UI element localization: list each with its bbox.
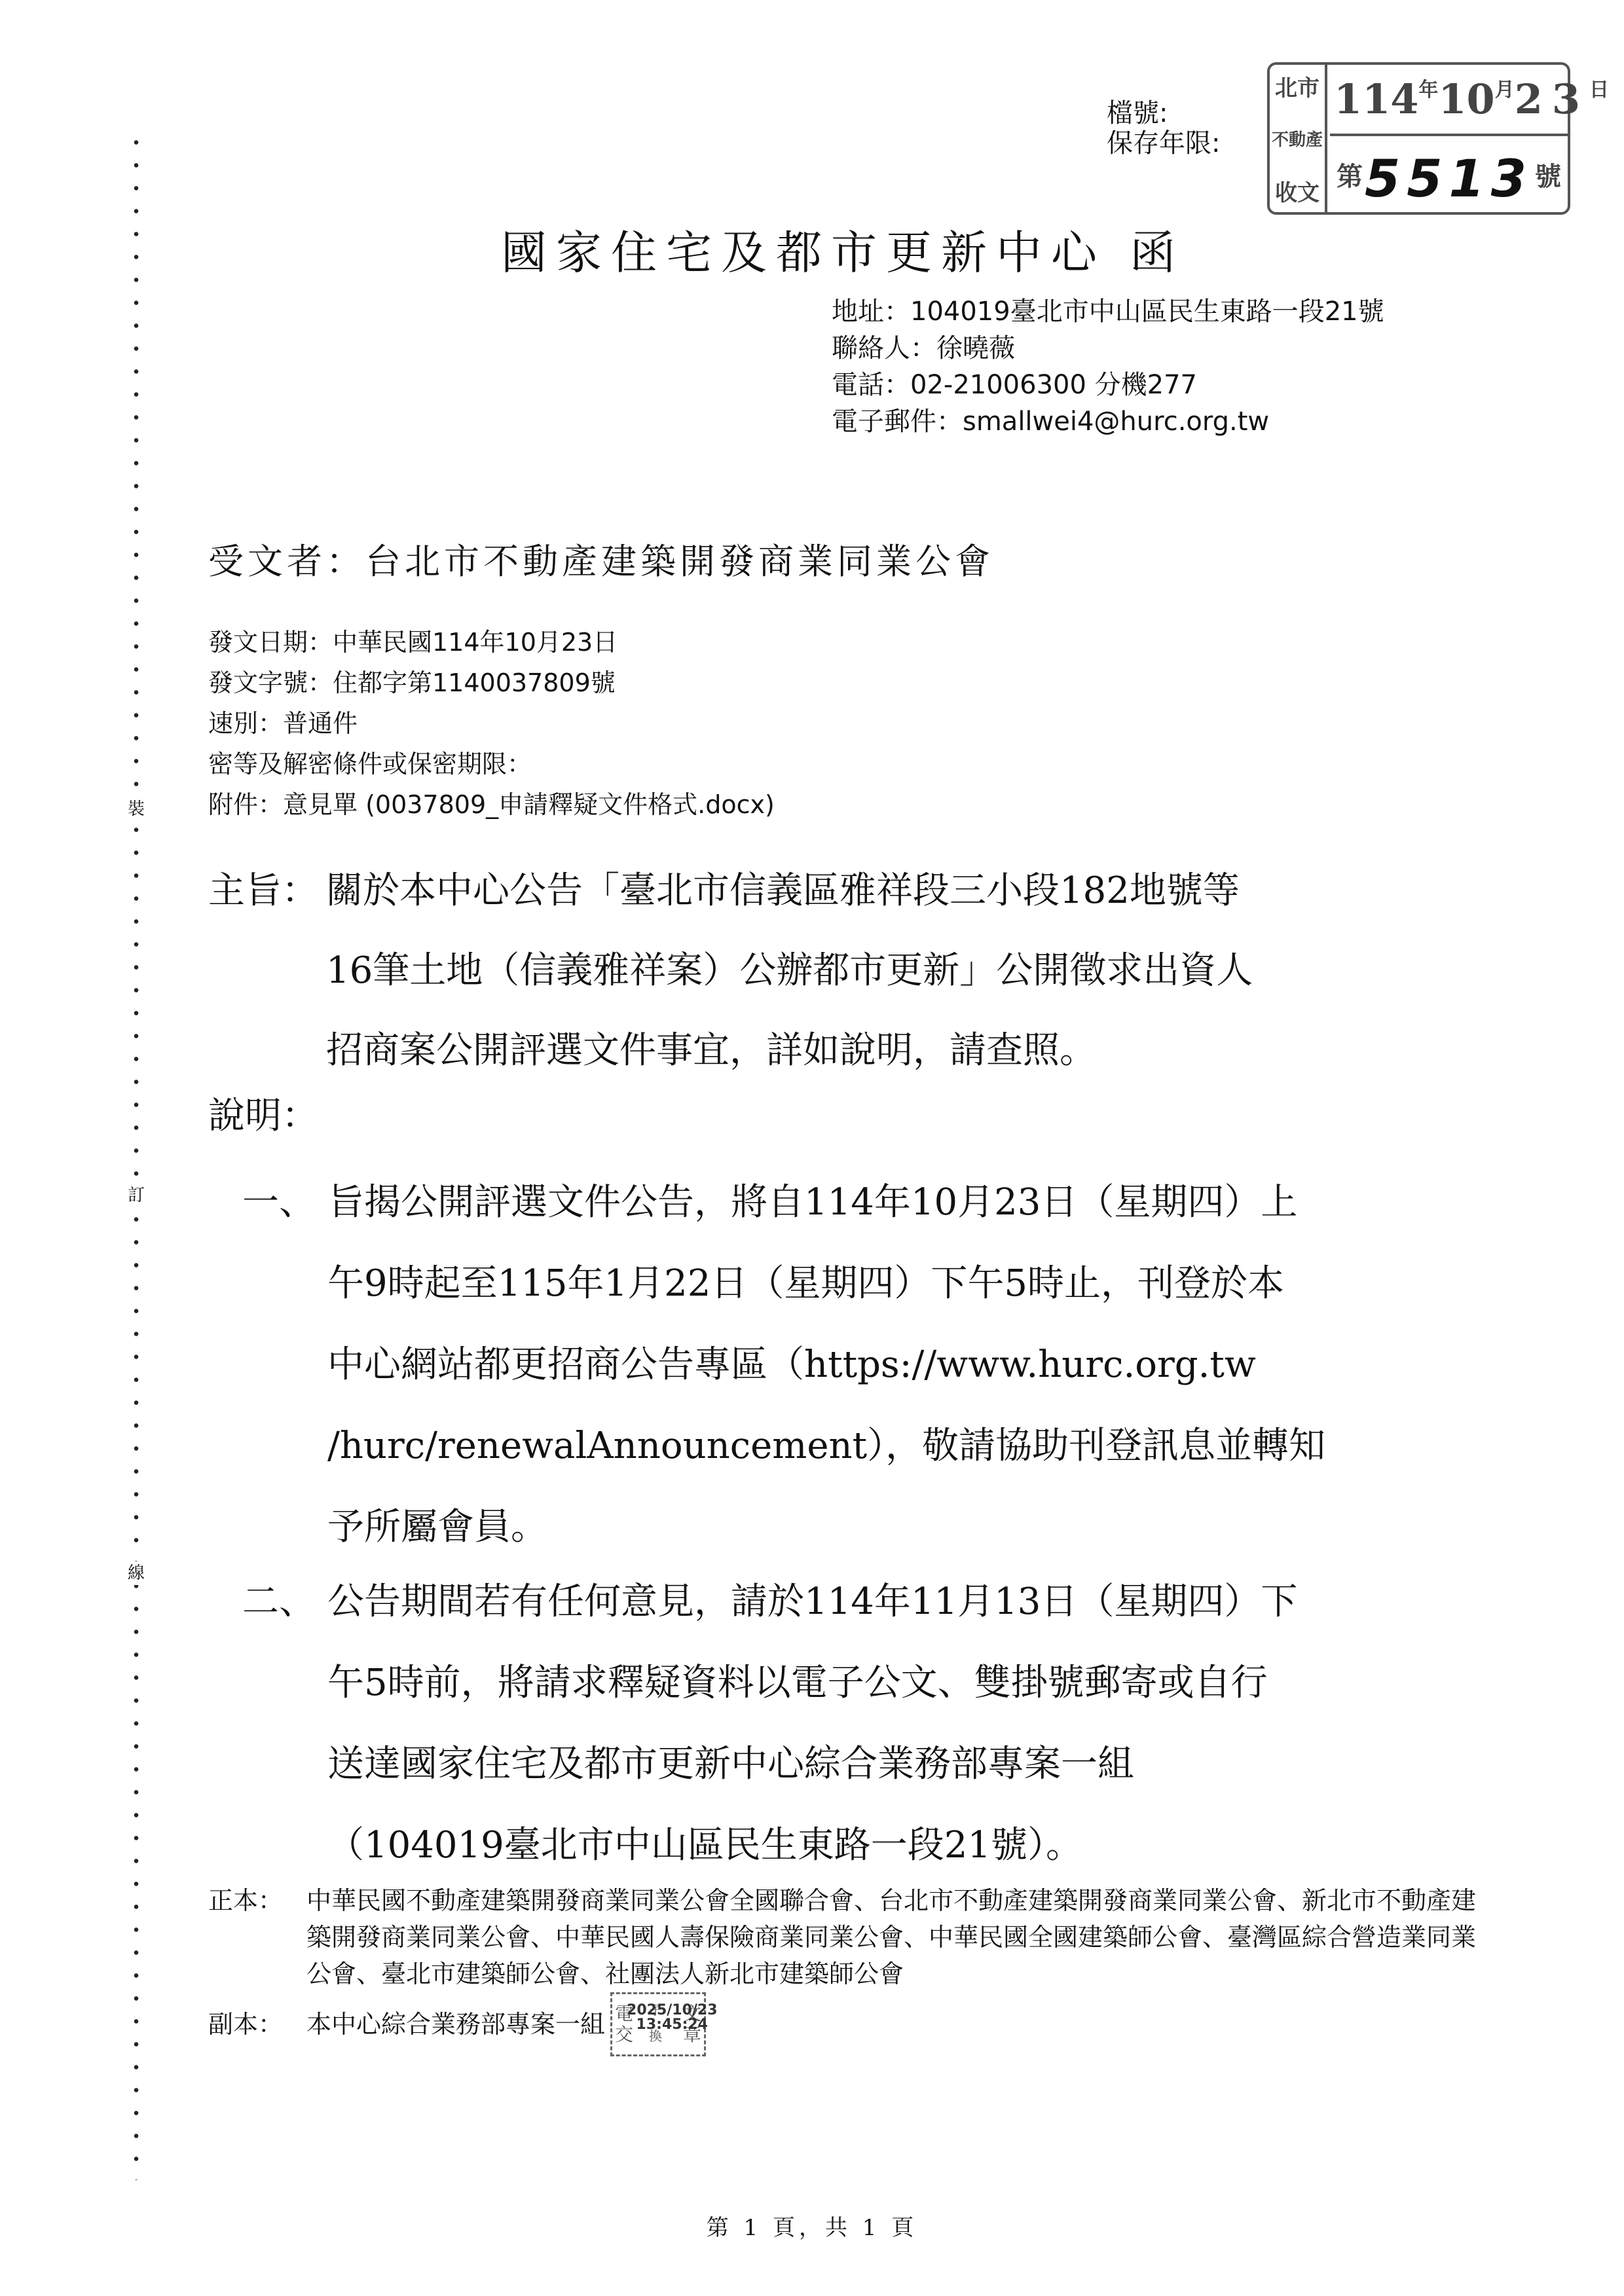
attachment: 附件：意見單 (0037809_申請釋疑文件格式.docx) (208, 784, 775, 825)
subject-line: 招商案公開評選文件事宜，詳如說明，請查照。 (326, 1011, 1452, 1091)
page-number: 第 1 頁，共 1 頁 (0, 2210, 1624, 2242)
file-no-label: 檔號: (1107, 98, 1244, 128)
binding-mark-ding: 訂 (123, 1184, 149, 1207)
item-line: 公告期間若有任何意見，請於114年11月13日（星期四）下 (327, 1561, 1473, 1643)
item-line: 送達國家住宅及都市更新中心綜合業務部專案一組 (327, 1724, 1473, 1805)
file-info: 檔號: 保存年限: (1107, 98, 1244, 158)
binding-mark-zhuang: 裝 (123, 797, 149, 821)
stamp-no-prefix: 第 (1337, 156, 1363, 193)
stamp-org: 北市 不動產 收文 (1270, 65, 1327, 212)
subject-section: 主旨： 關於本中心公告「臺北市信義區雅祥段三小段182地號等 16筆土地（信義雅… (208, 851, 1452, 1091)
speed: 速別：普通件 (208, 703, 775, 744)
stamp-handwritten-number: 5513 (1365, 150, 1533, 209)
stamp-year-unit: 年 (1418, 73, 1438, 102)
recipient: 受文者：台北市不動產建築開發商業同業公會 (208, 534, 994, 584)
stamp-number: 第 5513 號 (1330, 136, 1568, 212)
item-line: 午5時前，將請求釋疑資料以電子公文、雙掛號郵寄或自行 (327, 1643, 1473, 1724)
issue-date: 發文日期：中華民國114年10月23日 (208, 622, 775, 663)
stamp-month-unit: 月 (1495, 73, 1515, 102)
sender-phone: 電話：02-21006300 分機277 (832, 367, 1447, 403)
sender-contact: 聯絡人：徐曉薇 (832, 330, 1447, 367)
stamp-org-line: 北市 (1275, 70, 1319, 102)
secrecy: 密等及解密條件或保密期限： (208, 744, 775, 784)
stamp-year: 114 (1334, 75, 1418, 123)
stamp-timestamp: 2025/10/23 13:45:24 (627, 2003, 718, 2032)
item-line: 予所屬會員。 (327, 1487, 1473, 1568)
item-line: 中心網站都更招商公告專區（https://www.hurc.org.tw (327, 1324, 1473, 1406)
item-number: 二、 (242, 1561, 316, 1643)
exchange-stamp: 電 子 文 交 換 章 2025/10/23 13:45:24 (610, 1992, 706, 2056)
sender-email: 電子郵件：smallwei4@hurc.org.tw (832, 403, 1447, 440)
explanation-label: 說明： (208, 1087, 318, 1139)
issue-number: 發文字號：住都字第1140037809號 (208, 663, 775, 703)
document-meta: 發文日期：中華民國114年10月23日 發文字號：住都字第1140037809號… (208, 622, 775, 825)
binding-line (134, 131, 139, 2180)
sender-address: 地址：104019臺北市中山區民生東路一段21號 (832, 293, 1447, 330)
subject-label: 主旨： (208, 851, 318, 931)
stamp-date: 114年 10月 23日 (1330, 65, 1568, 136)
copy-value: 本中心綜合業務部專案一組 (306, 2006, 605, 2043)
stamp-org-line: 收文 (1275, 175, 1319, 207)
copy-label: 副本： (208, 2006, 306, 2043)
stamp-org-line: 不動產 (1272, 126, 1323, 151)
receipt-stamp: 北市 不動產 收文 114年 10月 23日 第 5513 號 (1267, 62, 1570, 215)
explanation-item-2: 二、 公告期間若有任何意見，請於114年11月13日（星期四）下 午5時前，將請… (242, 1561, 1473, 1886)
item-body: 旨揭公開評選文件公告，將自114年10月23日（星期四）上 午9時起至115年1… (327, 1162, 1473, 1568)
sender-info: 地址：104019臺北市中山區民生東路一段21號 聯絡人：徐曉薇 電話：02-2… (832, 293, 1447, 440)
item-line: /hurc/renewalAnnouncement），敬請協助刊登訊息並轉知 (327, 1406, 1473, 1487)
subject-line: 16筆土地（信義雅祥案）公辦都市更新」公開徵求出資人 (326, 931, 1452, 1011)
binding-mark-xian: 線 (123, 1561, 149, 1585)
item-line: 旨揭公開評選文件公告，將自114年10月23日（星期四）上 (327, 1162, 1473, 1243)
retention-label: 保存年限: (1107, 128, 1244, 158)
stamp-day-unit: 日 (1589, 73, 1609, 102)
original-value: 中華民國不動產建築開發商業同業公會全國聯合會、台北市不動產建築開發商業同業公會、… (306, 1882, 1485, 1992)
item-line: 午9時起至115年1月22日（星期四）下午5時止，刊登於本 (327, 1243, 1473, 1324)
item-line: （104019臺北市中山區民生東路一段21號）。 (327, 1805, 1473, 1886)
subject-line: 關於本中心公告「臺北市信義區雅祥段三小段182地號等 (326, 851, 1452, 931)
stamp-no-suffix: 號 (1535, 156, 1561, 193)
copy-recipients: 副本： 本中心綜合業務部專案一組 電 子 文 交 換 章 2025/10/23 … (208, 1992, 1485, 2056)
original-label: 正本： (208, 1882, 306, 1992)
stamp-time: 13:45:24 (637, 2016, 708, 2033)
original-recipients: 正本： 中華民國不動產建築開發商業同業公會全國聯合會、台北市不動產建築開發商業同… (208, 1882, 1485, 1992)
item-number: 一、 (242, 1162, 316, 1243)
document-title: 國家住宅及都市更新中心 函 (501, 216, 1185, 282)
distribution: 正本： 中華民國不動產建築開發商業同業公會全國聯合會、台北市不動產建築開發商業同… (208, 1882, 1485, 2056)
stamp-day: 23 (1515, 75, 1589, 123)
stamp-month: 10 (1438, 75, 1494, 123)
item-body: 公告期間若有任何意見，請於114年11月13日（星期四）下 午5時前，將請求釋疑… (327, 1561, 1473, 1886)
subject-body: 關於本中心公告「臺北市信義區雅祥段三小段182地號等 16筆土地（信義雅祥案）公… (326, 851, 1452, 1091)
explanation-item-1: 一、 旨揭公開評選文件公告，將自114年10月23日（星期四）上 午9時起至11… (242, 1162, 1473, 1568)
